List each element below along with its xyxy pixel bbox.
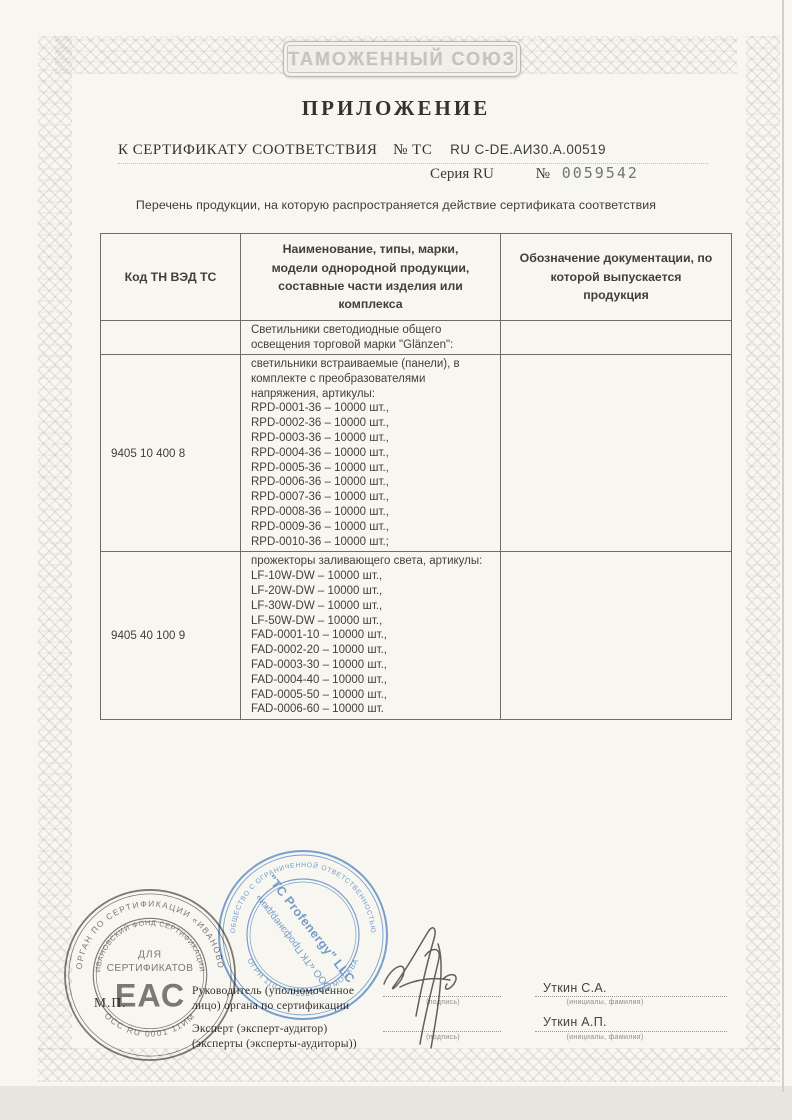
series-label: Серия RU: [430, 166, 494, 182]
scan-edge-shadow: [0, 1086, 792, 1120]
signer-name-2: Уткин А.П.: [543, 1015, 607, 1029]
cell-name: светильники встраиваемые (панели), в ком…: [241, 355, 501, 552]
col-header-doc: Обозначение документации, по которой вып…: [501, 234, 732, 321]
cell-code: [101, 321, 241, 355]
name-caption-2: (инициалы, фамилия): [540, 1034, 670, 1041]
serial-prefix: №: [536, 166, 550, 182]
table-header-row: Код ТН ВЭД ТС Наименование, типы, марки,…: [101, 234, 732, 321]
guilloche-strip-right: [746, 36, 780, 1050]
page-title: ПРИЛОЖЕНИЕ: [0, 96, 792, 121]
certificate-number: RU C-DE.АИ30.А.00519: [450, 142, 606, 157]
name-caption-1: (инициалы, фамилия): [540, 999, 670, 1006]
col-header-name: Наименование, типы, марки, модели одноро…: [241, 234, 501, 321]
series-line: Серия RU № 0059542: [430, 164, 730, 183]
cell-code: 9405 10 400 8: [101, 355, 241, 552]
scanned-certificate-page: ТАМОЖЕННЫЙ СОЮЗ ПРИЛОЖЕНИЕ К СЕРТИФИКАТУ…: [0, 0, 792, 1092]
stamp-center-line2: СЕРТИФИКАТОВ: [107, 963, 194, 974]
col-header-code: Код ТН ВЭД ТС: [101, 234, 241, 321]
cell-name: Светильники светодиодные общего освещени…: [241, 321, 501, 355]
table-row: 9405 10 400 8 светильники встраиваемые (…: [101, 355, 732, 552]
cell-doc: [501, 552, 732, 720]
cell-name: прожекторы заливающего света, артикулы: …: [241, 552, 501, 720]
table-row: 9405 40 100 9 прожекторы заливающего све…: [101, 552, 732, 720]
eac-mark: ЕАС: [115, 977, 185, 1013]
cell-doc: [501, 355, 732, 552]
certificate-number-prefix: № ТС: [393, 142, 432, 158]
customs-union-banner: ТАМОЖЕННЫЙ СОЮЗ: [283, 41, 521, 77]
stamp-center-line1: ДЛЯ: [138, 949, 162, 960]
scan-edge-line: [782, 0, 784, 1092]
customs-union-banner-text: ТАМОЖЕННЫЙ СОЮЗ: [288, 47, 516, 70]
signer-name-1: Уткин С.А.: [543, 981, 607, 995]
stamp-ring-bottom-text: ОСС RU 0001 11ИМ: [103, 1011, 198, 1039]
manufacturer-stamp: ОБЩЕСТВО С ОГРАНИЧЕННОЙ ОТВЕТСТВЕННОСТЬЮ…: [217, 849, 389, 1021]
product-table: Код ТН ВЭД ТС Наименование, типы, марки,…: [100, 233, 732, 720]
handwritten-signature: [380, 922, 480, 1054]
product-list-intro: Перечень продукции, на которую распростр…: [0, 198, 792, 212]
name-line-2: [535, 1031, 727, 1032]
serial-number: 0059542: [562, 164, 639, 182]
name-line-1: [535, 996, 727, 997]
certification-body-stamp: ОРГАН ПО СЕРТИФИКАЦИИ «ИВАНОВО ОСС RU 00…: [62, 887, 238, 1063]
cell-code: 9405 40 100 9: [101, 552, 241, 720]
table-row: Светильники светодиодные общего освещени…: [101, 321, 732, 355]
certificate-reference-line: К СЕРТИФИКАТУ СООТВЕТСТВИЯ № ТС RU C-DE.…: [118, 142, 708, 164]
certificate-to-label: К СЕРТИФИКАТУ СООТВЕТСТВИЯ: [118, 142, 377, 158]
cell-doc: [501, 321, 732, 355]
svg-text:ОСС RU 0001 11ИМ: ОСС RU 0001 11ИМ: [103, 1011, 198, 1039]
